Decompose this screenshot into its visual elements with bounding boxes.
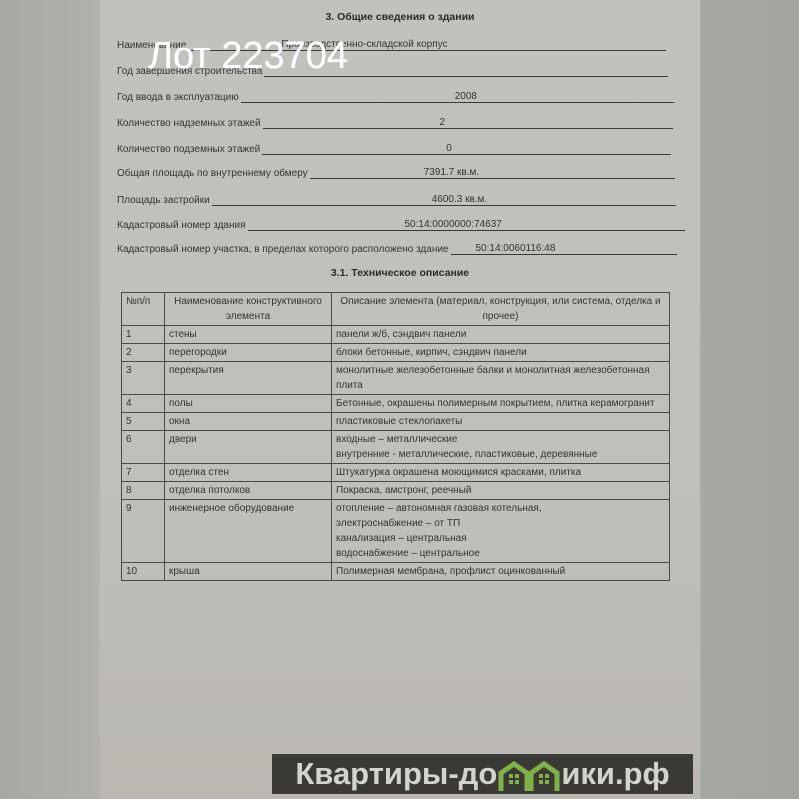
element-name: перекрытия: [165, 362, 332, 395]
element-description: монолитные железобетонные балки и моноли…: [332, 362, 670, 395]
row-number: 8: [122, 482, 165, 500]
element-description: пластиковые стеклопакеты: [332, 413, 670, 431]
field-label: Кадастровый номер участка, в пределах ко…: [117, 244, 449, 255]
header-desc: Описание элемента (материал, конструкция…: [332, 293, 670, 326]
row-number: 7: [122, 464, 165, 482]
row-number: 4: [122, 395, 165, 413]
element-description: Полимерная мембрана, профлист оцинкованн…: [332, 563, 670, 581]
field-cadastral-building: Кадастровый номер здания 50:14:0000000:7…: [117, 218, 685, 231]
site-watermark: Квартиры-до ики.рф: [272, 754, 693, 794]
field-building-area: Площадь застройки 4600.3 кв.м.: [117, 193, 676, 206]
element-name: отделка потолков: [165, 482, 332, 500]
field-label: Год ввода в эксплуатацию: [117, 92, 239, 103]
field-value: 7391.7 кв.м.: [424, 167, 479, 178]
table-row: 3перекрытиямонолитные железобетонные бал…: [122, 362, 670, 395]
lot-number-overlay: Лот 223704: [148, 36, 348, 76]
field-label: Общая площадь по внутреннему обмеру: [117, 168, 308, 179]
row-number: 3: [122, 362, 165, 395]
field-total-area: Общая площадь по внутреннему обмеру 7391…: [117, 166, 675, 179]
table-row: 7отделка стенШтукатурка окрашена моющими…: [122, 464, 670, 482]
table-row: 5окнапластиковые стеклопакеты: [122, 413, 670, 431]
table-row: 9инженерное оборудованиеотопление – авто…: [122, 500, 670, 563]
house-icon: [497, 756, 561, 792]
field-underground-floors: Количество подземных этажей 0: [117, 142, 671, 155]
field-label: Количество надземных этажей: [117, 118, 261, 129]
row-number: 9: [122, 500, 165, 563]
field-value: 2: [440, 117, 446, 128]
field-value: 2008: [455, 91, 477, 102]
table-row: 4полыБетонные, окрашены полимерным покры…: [122, 395, 670, 413]
field-label: Кадастровый номер здания: [117, 220, 246, 231]
row-number: 5: [122, 413, 165, 431]
element-description: входные – металлические внутренние - мет…: [332, 431, 670, 464]
row-number: 10: [122, 563, 165, 581]
field-label: Количество подземных этажей: [117, 144, 260, 155]
subsection-title: 3.1. Техническое описание: [100, 267, 700, 279]
header-num: №п/п: [122, 293, 165, 326]
table-row: 8отделка потолковПокраска, амстронг, рее…: [122, 482, 670, 500]
table-row: 6дверивходные – металлические внутренние…: [122, 431, 670, 464]
header-name: Наименование конструктивного элемента: [165, 293, 332, 326]
element-name: стены: [165, 326, 332, 344]
element-name: двери: [165, 431, 332, 464]
field-commission-year: Год ввода в эксплуатацию 2008: [117, 90, 674, 103]
element-description: Штукатурка окрашена моющимися красками, …: [332, 464, 670, 482]
element-name: окна: [165, 413, 332, 431]
row-number: 6: [122, 431, 165, 464]
field-value: 4600.3 кв.м.: [432, 194, 487, 205]
field-label: Площадь застройки: [117, 195, 210, 206]
element-description: Покраска, амстронг, реечный: [332, 482, 670, 500]
field-cadastral-plot: Кадастровый номер участка, в пределах ко…: [117, 242, 677, 255]
element-name: полы: [165, 395, 332, 413]
element-description: Бетонные, окрашены полимерным покрытием,…: [332, 395, 670, 413]
field-value: 50:14:0060116:48: [476, 243, 556, 254]
technical-description-table: №п/п Наименование конструктивного элемен…: [121, 292, 670, 581]
element-description: отопление – автономная газовая котельная…: [332, 500, 670, 563]
table-header-row: №п/п Наименование конструктивного элемен…: [122, 293, 670, 326]
section-title: 3. Общие сведения о здании: [100, 11, 700, 23]
element-name: отделка стен: [165, 464, 332, 482]
watermark-text-prefix: Квартиры-до: [295, 756, 497, 792]
table-row: 1стеныпанели ж/б, сэндвич панели: [122, 326, 670, 344]
table-row: 2перегородкиблоки бетонные, кирпич, сэнд…: [122, 344, 670, 362]
element-name: инженерное оборудование: [165, 500, 332, 563]
field-value: 50:14:0000000:74637: [405, 219, 502, 230]
element-description: блоки бетонные, кирпич, сэндвич панели: [332, 344, 670, 362]
row-number: 2: [122, 344, 165, 362]
document-page: 3. Общие сведения о здании Наименование …: [100, 0, 700, 799]
row-number: 1: [122, 326, 165, 344]
field-value: 0: [446, 143, 452, 154]
watermark-text-suffix: ики.рф: [561, 756, 669, 792]
element-name: крыша: [165, 563, 332, 581]
element-description: панели ж/б, сэндвич панели: [332, 326, 670, 344]
element-name: перегородки: [165, 344, 332, 362]
field-above-ground-floors: Количество надземных этажей 2: [117, 116, 673, 129]
table-row: 10крышаПолимерная мембрана, профлист оци…: [122, 563, 670, 581]
